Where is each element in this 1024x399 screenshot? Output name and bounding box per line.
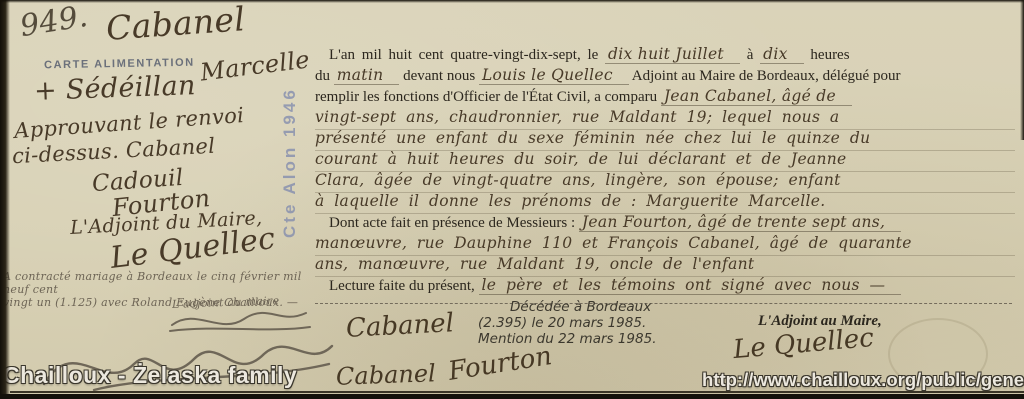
act-line-3: remplir les fonctions d'Officier de l'Ét… — [315, 87, 1015, 108]
hand-closing: le père et les témoins ont signé avec no… — [479, 276, 902, 295]
scan-edge-bottom — [0, 394, 1024, 399]
birth-record-scan: 949. Cabanel CARTE ALIMENTATION Marcelle… — [0, 0, 1024, 399]
year-stamp-vertical: Cte Alon 1946 — [280, 58, 300, 238]
print-segment: L'an mil huit cent quatre-vingt-dix-sept… — [329, 47, 605, 63]
act-line-9: Dont acte fait en présence de Messieurs … — [315, 213, 1015, 234]
url-watermark: http://www.chailloux.org/public/geneal/ — [702, 369, 1024, 391]
carte-alimentation-stamp: CARTE ALIMENTATION — [44, 57, 195, 72]
death-note-line3: Mention du 22 mars 1985. — [478, 331, 657, 347]
margin-married-name: + Sédéillan — [34, 70, 197, 107]
death-note-line2: (2.395) le 20 mars 1985. — [478, 315, 657, 331]
act-line-8: à laquelle il donne les prénoms de : Mar… — [315, 192, 1015, 214]
death-mention-note: Décédée à Bordeaux (2.395) le 20 mars 19… — [478, 299, 657, 347]
marriage-note-line1: A contracté mariage à Bordeaux le cinq f… — [3, 270, 315, 296]
act-line-11: ans, manœuvre, rue Maldant 19, oncle de … — [315, 255, 1015, 277]
family-watermark: Chailloux - Żelaska family — [3, 362, 297, 389]
act-line-5: présenté une enfant du sexe féminin née … — [315, 129, 1015, 151]
act-closing-rule — [315, 303, 1012, 304]
hand-segment: courant à huit heures du soir, de lui dé… — [315, 150, 847, 168]
print-segment: heures — [804, 47, 850, 63]
act-line-1: L'an mil huit cent quatre-vingt-dix-sept… — [315, 45, 1015, 66]
hand-witness1: Jean Fourton, âgé de trente sept ans, — [579, 213, 901, 232]
hand-time-of-day: matin — [334, 66, 400, 85]
act-line-12: Lecture faite du présent, le père et les… — [315, 276, 1015, 297]
hand-child-names: à laquelle il donne les prénoms de : Mar… — [315, 192, 825, 210]
act-line-2: du matin devant nous Louis le Quellec Ad… — [315, 66, 1015, 87]
act-line-4: vingt-sept ans, chaudronnier, rue Maldan… — [315, 108, 1015, 130]
signature-adjoint: Le Quellec — [732, 323, 875, 365]
signature-cabanel-top: Cabanel — [345, 308, 454, 344]
act-number: 949. — [18, 0, 91, 44]
print-segment: Lecture faite du présent, — [329, 278, 479, 294]
margin-surname: Cabanel — [105, 0, 247, 48]
hand-segment: ans, manœuvre, rue Maldant 19, oncle de … — [315, 255, 754, 273]
hand-segment: Clara, âgée de vingt-quatre ans, lingère… — [315, 171, 841, 189]
signature-fourton: Fourton — [446, 341, 554, 387]
act-line-6: courant à huit heures du soir, de lui dé… — [315, 150, 1015, 172]
death-note-line1: Décédée à Bordeaux — [510, 299, 657, 315]
hand-segment: présenté une enfant du sexe féminin née … — [315, 129, 870, 147]
print-segment: devant nous — [399, 68, 479, 84]
hand-segment: vingt-sept ans, chaudronnier, rue Maldan… — [315, 108, 839, 126]
scan-edge-top — [0, 0, 1024, 3]
hand-declarant-name: Jean Cabanel, âgé de — [661, 87, 852, 106]
scan-edge-left — [0, 0, 10, 399]
print-segment: Dont acte fait en présence de Messieurs … — [329, 215, 579, 231]
act-line-7: Clara, âgée de vingt-quatre ans, lingère… — [315, 171, 1015, 193]
hand-segment: manœuvre, rue Dauphine 110 et François C… — [315, 234, 912, 252]
bottom-rule-line — [10, 391, 1024, 393]
print-segment: remplir les fonctions d'Officier de l'Ét… — [315, 89, 661, 105]
print-segment: à — [740, 47, 760, 63]
print-segment: du — [315, 68, 334, 84]
signature-cabanel-bottom: Cabanel — [336, 359, 437, 390]
scan-edge-right — [1020, 0, 1024, 140]
hand-hour: dix — [760, 45, 804, 64]
act-line-10: manœuvre, rue Dauphine 110 et François C… — [315, 234, 1015, 256]
hand-officer-name: Louis le Quellec — [479, 66, 629, 85]
hand-date: dix huit Juillet — [605, 45, 740, 64]
print-segment: Adjoint au Maire de Bordeaux, délégué po… — [629, 68, 901, 84]
